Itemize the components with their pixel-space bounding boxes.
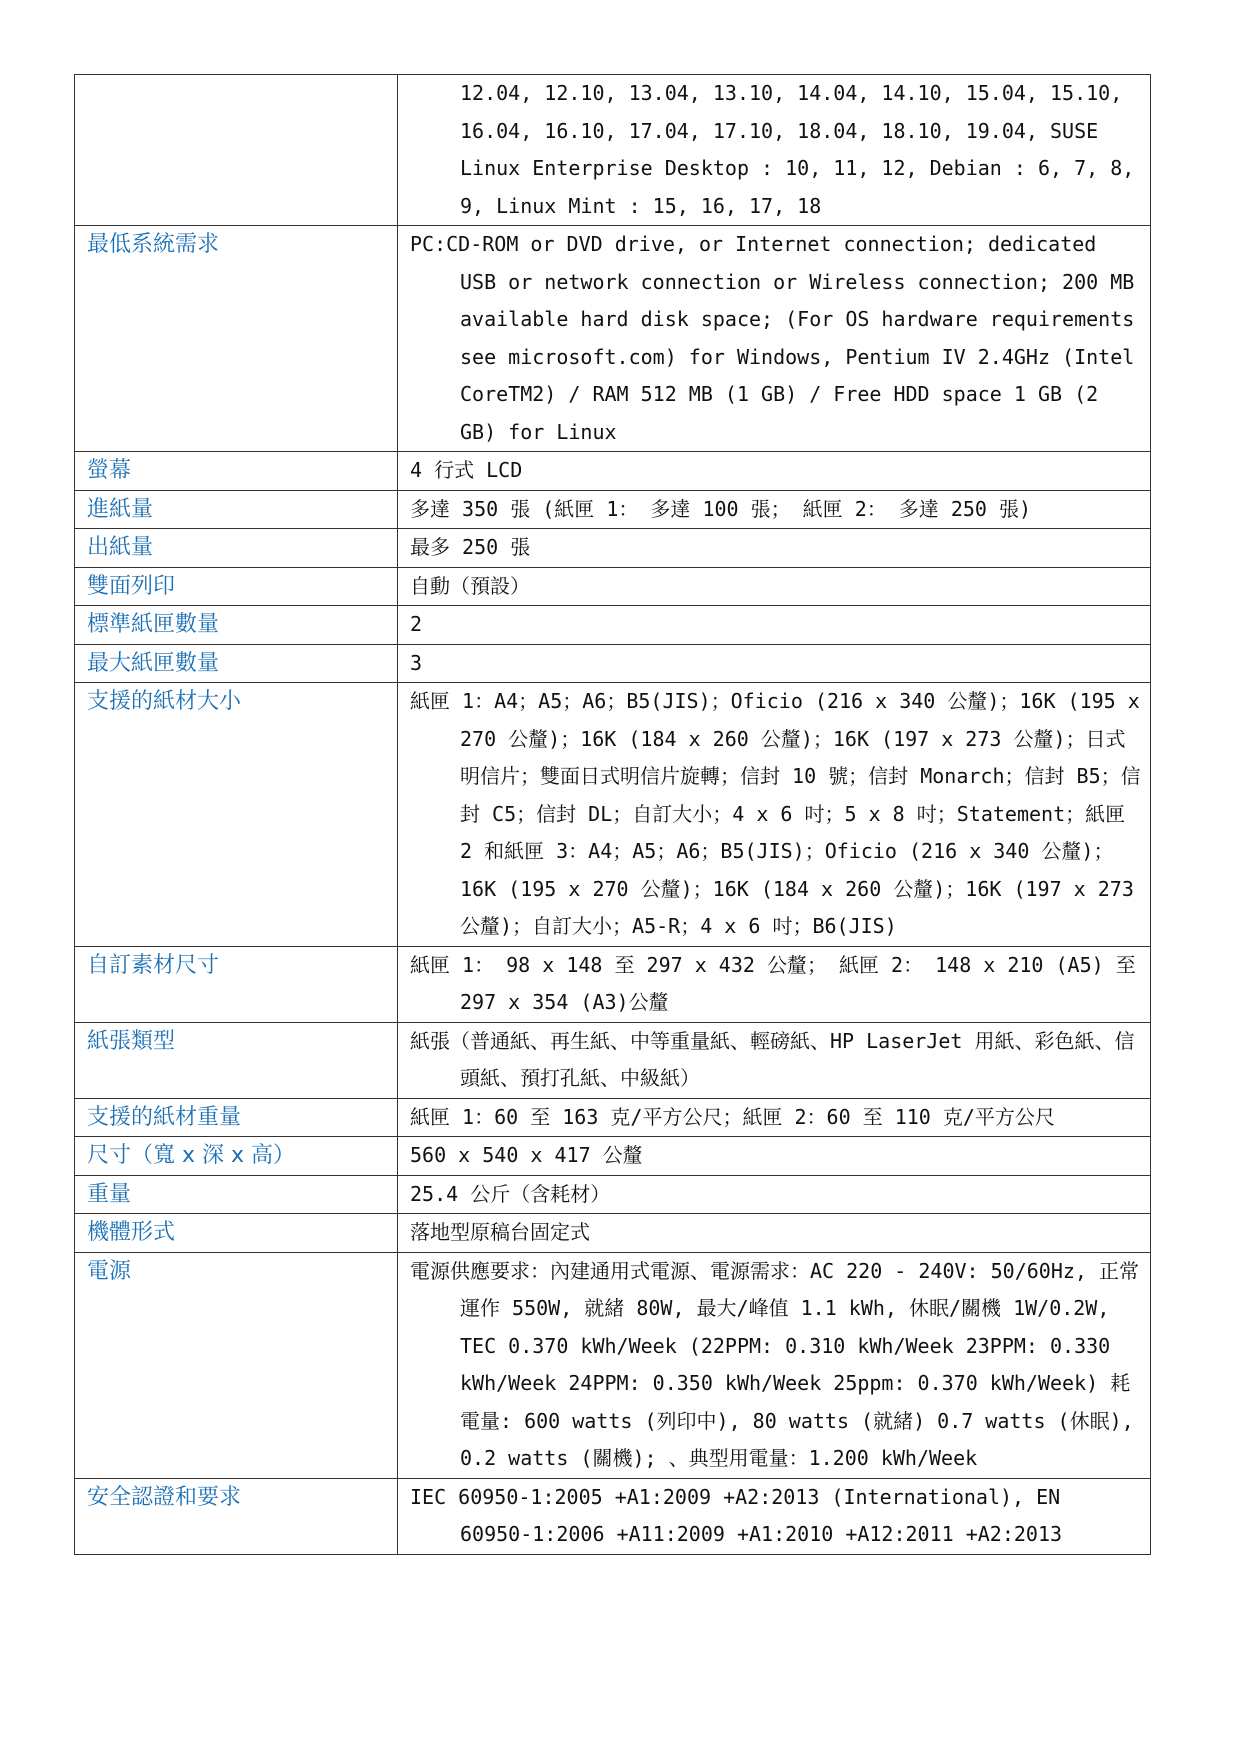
spec-label: 安全認證和要求 <box>75 1478 398 1554</box>
spec-row-dimensions: 尺寸（寬 x 深 x 高） 560 x 540 x 417 公釐 <box>75 1137 1151 1176</box>
spec-row-display: 螢幕 4 行式 LCD <box>75 452 1151 491</box>
spec-row-system-requirements: 最低系統需求 PC:CD-ROM or DVD drive, or Intern… <box>75 226 1151 452</box>
spec-value: 3 <box>410 645 1144 683</box>
spec-label: 紙張類型 <box>75 1022 398 1098</box>
spec-label: 最低系統需求 <box>75 226 398 452</box>
spec-label: 支援的紙材大小 <box>75 683 398 947</box>
spec-value: 電源供應要求：內建通用式電源、電源需求：AC 220 - 240V: 50/60… <box>410 1253 1144 1478</box>
spec-label: 最大紙匣數量 <box>75 644 398 683</box>
spec-row-output-capacity: 出紙量 最多 250 張 <box>75 529 1151 568</box>
spec-value: IEC 60950-1:2005 +A1:2009 +A2:2013 (Inte… <box>410 1479 1144 1554</box>
spec-value: 多達 350 張 (紙匣 1： 多達 100 張； 紙匣 2： 多達 250 張… <box>410 491 1144 529</box>
spec-row-power: 電源 電源供應要求：內建通用式電源、電源需求：AC 220 - 240V: 50… <box>75 1252 1151 1478</box>
spec-label: 出紙量 <box>75 529 398 568</box>
spec-label: 標準紙匣數量 <box>75 606 398 645</box>
spec-value: 紙匣 1： 98 x 148 至 297 x 432 公釐； 紙匣 2： 148… <box>410 947 1144 1022</box>
spec-value: 紙張（普通紙、再生紙、中等重量紙、輕磅紙、HP LaserJet 用紙、彩色紙、… <box>410 1023 1144 1098</box>
spec-row-input-capacity: 進紙量 多達 350 張 (紙匣 1： 多達 100 張； 紙匣 2： 多達 2… <box>75 490 1151 529</box>
spec-row-media-weight: 支援的紙材重量 紙匣 1：60 至 163 克/平方公尺；紙匣 2：60 至 1… <box>75 1098 1151 1137</box>
spec-value: 4 行式 LCD <box>410 452 1144 490</box>
spec-row-os-continued: 12.04, 12.10, 13.04, 13.10, 14.04, 14.10… <box>75 75 1151 226</box>
spec-row-form-factor: 機體形式 落地型原稿台固定式 <box>75 1214 1151 1253</box>
spec-value: 25.4 公斤（含耗材） <box>410 1176 1144 1214</box>
spec-value: PC:CD-ROM or DVD drive, or Internet conn… <box>410 226 1144 451</box>
spec-row-weight: 重量 25.4 公斤（含耗材） <box>75 1175 1151 1214</box>
spec-label: 雙面列印 <box>75 567 398 606</box>
spec-label: 重量 <box>75 1175 398 1214</box>
spec-value: 560 x 540 x 417 公釐 <box>410 1137 1144 1175</box>
spec-label: 機體形式 <box>75 1214 398 1253</box>
spec-value: 最多 250 張 <box>410 529 1144 567</box>
spec-value: 12.04, 12.10, 13.04, 13.10, 14.04, 14.10… <box>410 75 1144 225</box>
spec-row-custom-media-size: 自訂素材尺寸 紙匣 1： 98 x 148 至 297 x 432 公釐； 紙匣… <box>75 946 1151 1022</box>
spec-label: 尺寸（寬 x 深 x 高） <box>75 1137 398 1176</box>
spec-value: 自動（預設） <box>410 568 1144 606</box>
spec-table: 12.04, 12.10, 13.04, 13.10, 14.04, 14.10… <box>74 74 1151 1555</box>
spec-label: 支援的紙材重量 <box>75 1098 398 1137</box>
spec-value: 落地型原稿台固定式 <box>410 1214 1144 1252</box>
spec-row-duplex: 雙面列印 自動（預設） <box>75 567 1151 606</box>
spec-value: 2 <box>410 606 1144 644</box>
spec-label: 螢幕 <box>75 452 398 491</box>
spec-label: 電源 <box>75 1252 398 1478</box>
spec-row-safety: 安全認證和要求 IEC 60950-1:2005 +A1:2009 +A2:20… <box>75 1478 1151 1554</box>
spec-value: 紙匣 1：60 至 163 克/平方公尺；紙匣 2：60 至 110 克/平方公… <box>410 1099 1144 1137</box>
spec-value: 紙匣 1：A4；A5；A6；B5(JIS)；Oficio (216 x 340 … <box>410 683 1144 946</box>
spec-label <box>75 75 398 226</box>
spec-row-paper-types: 紙張類型 紙張（普通紙、再生紙、中等重量紙、輕磅紙、HP LaserJet 用紙… <box>75 1022 1151 1098</box>
spec-row-media-sizes: 支援的紙材大小 紙匣 1：A4；A5；A6；B5(JIS)；Oficio (21… <box>75 683 1151 947</box>
spec-row-standard-trays: 標準紙匣數量 2 <box>75 606 1151 645</box>
spec-label: 進紙量 <box>75 490 398 529</box>
spec-label: 自訂素材尺寸 <box>75 946 398 1022</box>
spec-row-max-trays: 最大紙匣數量 3 <box>75 644 1151 683</box>
